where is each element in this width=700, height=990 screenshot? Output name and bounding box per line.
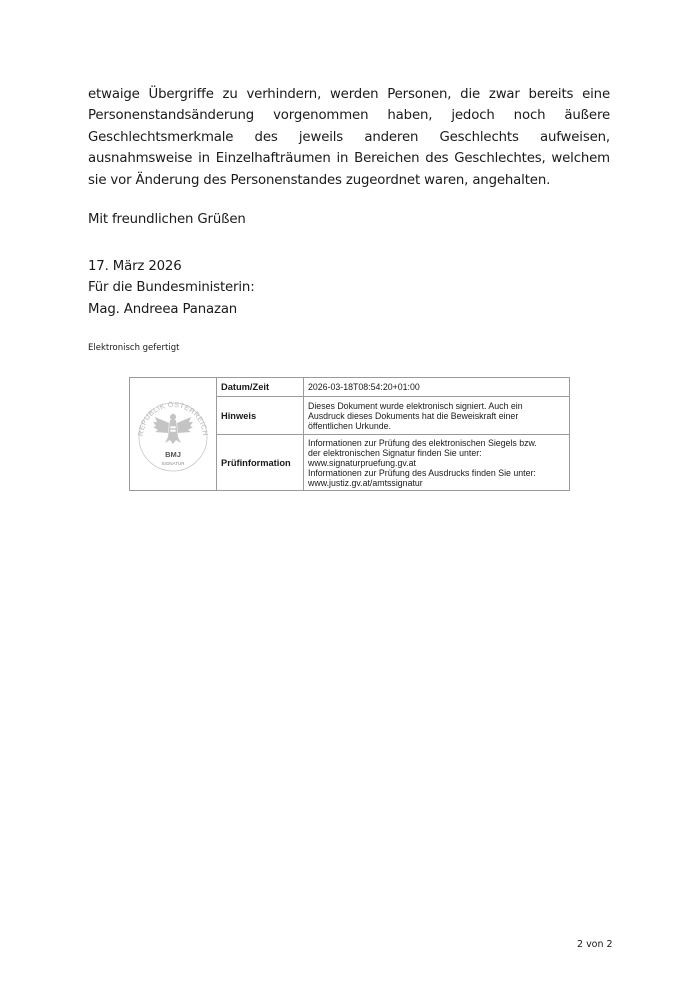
value-line: Ausdruck dieses Dokuments hat die Beweis… <box>308 411 565 421</box>
paragraph-text: etwaige Übergriffe zu verhindern, werden… <box>88 84 610 191</box>
value-pruefinformation: Informationen zur Prüfung des elektronis… <box>304 435 570 491</box>
value-datum-zeit: 2026-03-18T08:54:20+01:00 <box>304 378 570 397</box>
body-paragraph: etwaige Übergriffe zu verhindern, werden… <box>88 84 610 191</box>
label-hinweis: Hinweis <box>217 397 304 435</box>
signaturpruefung-link[interactable]: www.signaturpruefung.gv.at <box>308 458 565 468</box>
label-pruefinformation: Prüfinformation <box>217 435 304 491</box>
value-line: der elektronischen Signatur finden Sie u… <box>308 448 565 458</box>
signatory-name: Mag. Andreea Panazan <box>88 299 255 320</box>
austrian-eagle-icon: REPUBLIK ÖSTERREICH BMJ SIGNATUR <box>133 389 213 479</box>
closing-salutation: Mit freundlichen Grüßen <box>88 212 246 227</box>
page-number: 2 von 2 <box>577 939 613 950</box>
value-line: öffentlichen Urkunde. <box>308 421 565 431</box>
signature-info-table: REPUBLIK ÖSTERREICH BMJ SIGNATUR <box>129 377 570 491</box>
svg-text:SIGNATUR: SIGNATUR <box>162 461 186 466</box>
value-line: 2026-03-18T08:54:20+01:00 <box>308 382 565 392</box>
electronic-signature-note: Elektronisch gefertigt <box>88 343 179 353</box>
svg-text:BMJ: BMJ <box>165 450 181 459</box>
signature-date: 17. März 2026 <box>88 256 255 277</box>
amtssignatur-link[interactable]: www.justiz.gv.at/amtssignatur <box>308 478 565 488</box>
seal-cell: REPUBLIK ÖSTERREICH BMJ SIGNATUR <box>130 378 217 491</box>
document-page: etwaige Übergriffe zu verhindern, werden… <box>0 0 700 990</box>
value-line: Informationen zur Prüfung des Ausdrucks … <box>308 468 565 478</box>
value-hinweis: Dieses Dokument wurde elektronisch signi… <box>304 397 570 435</box>
signature-block: 17. März 2026 Für die Bundesministerin: … <box>88 256 255 320</box>
value-line: Dieses Dokument wurde elektronisch signi… <box>308 401 565 411</box>
signature-on-behalf: Für die Bundesministerin: <box>88 277 255 298</box>
bmj-seal: REPUBLIK ÖSTERREICH BMJ SIGNATUR <box>130 389 216 479</box>
label-datum-zeit: Datum/Zeit <box>217 378 304 397</box>
value-line: Informationen zur Prüfung des elektronis… <box>308 438 565 448</box>
table-row: REPUBLIK ÖSTERREICH BMJ SIGNATUR <box>130 378 570 397</box>
